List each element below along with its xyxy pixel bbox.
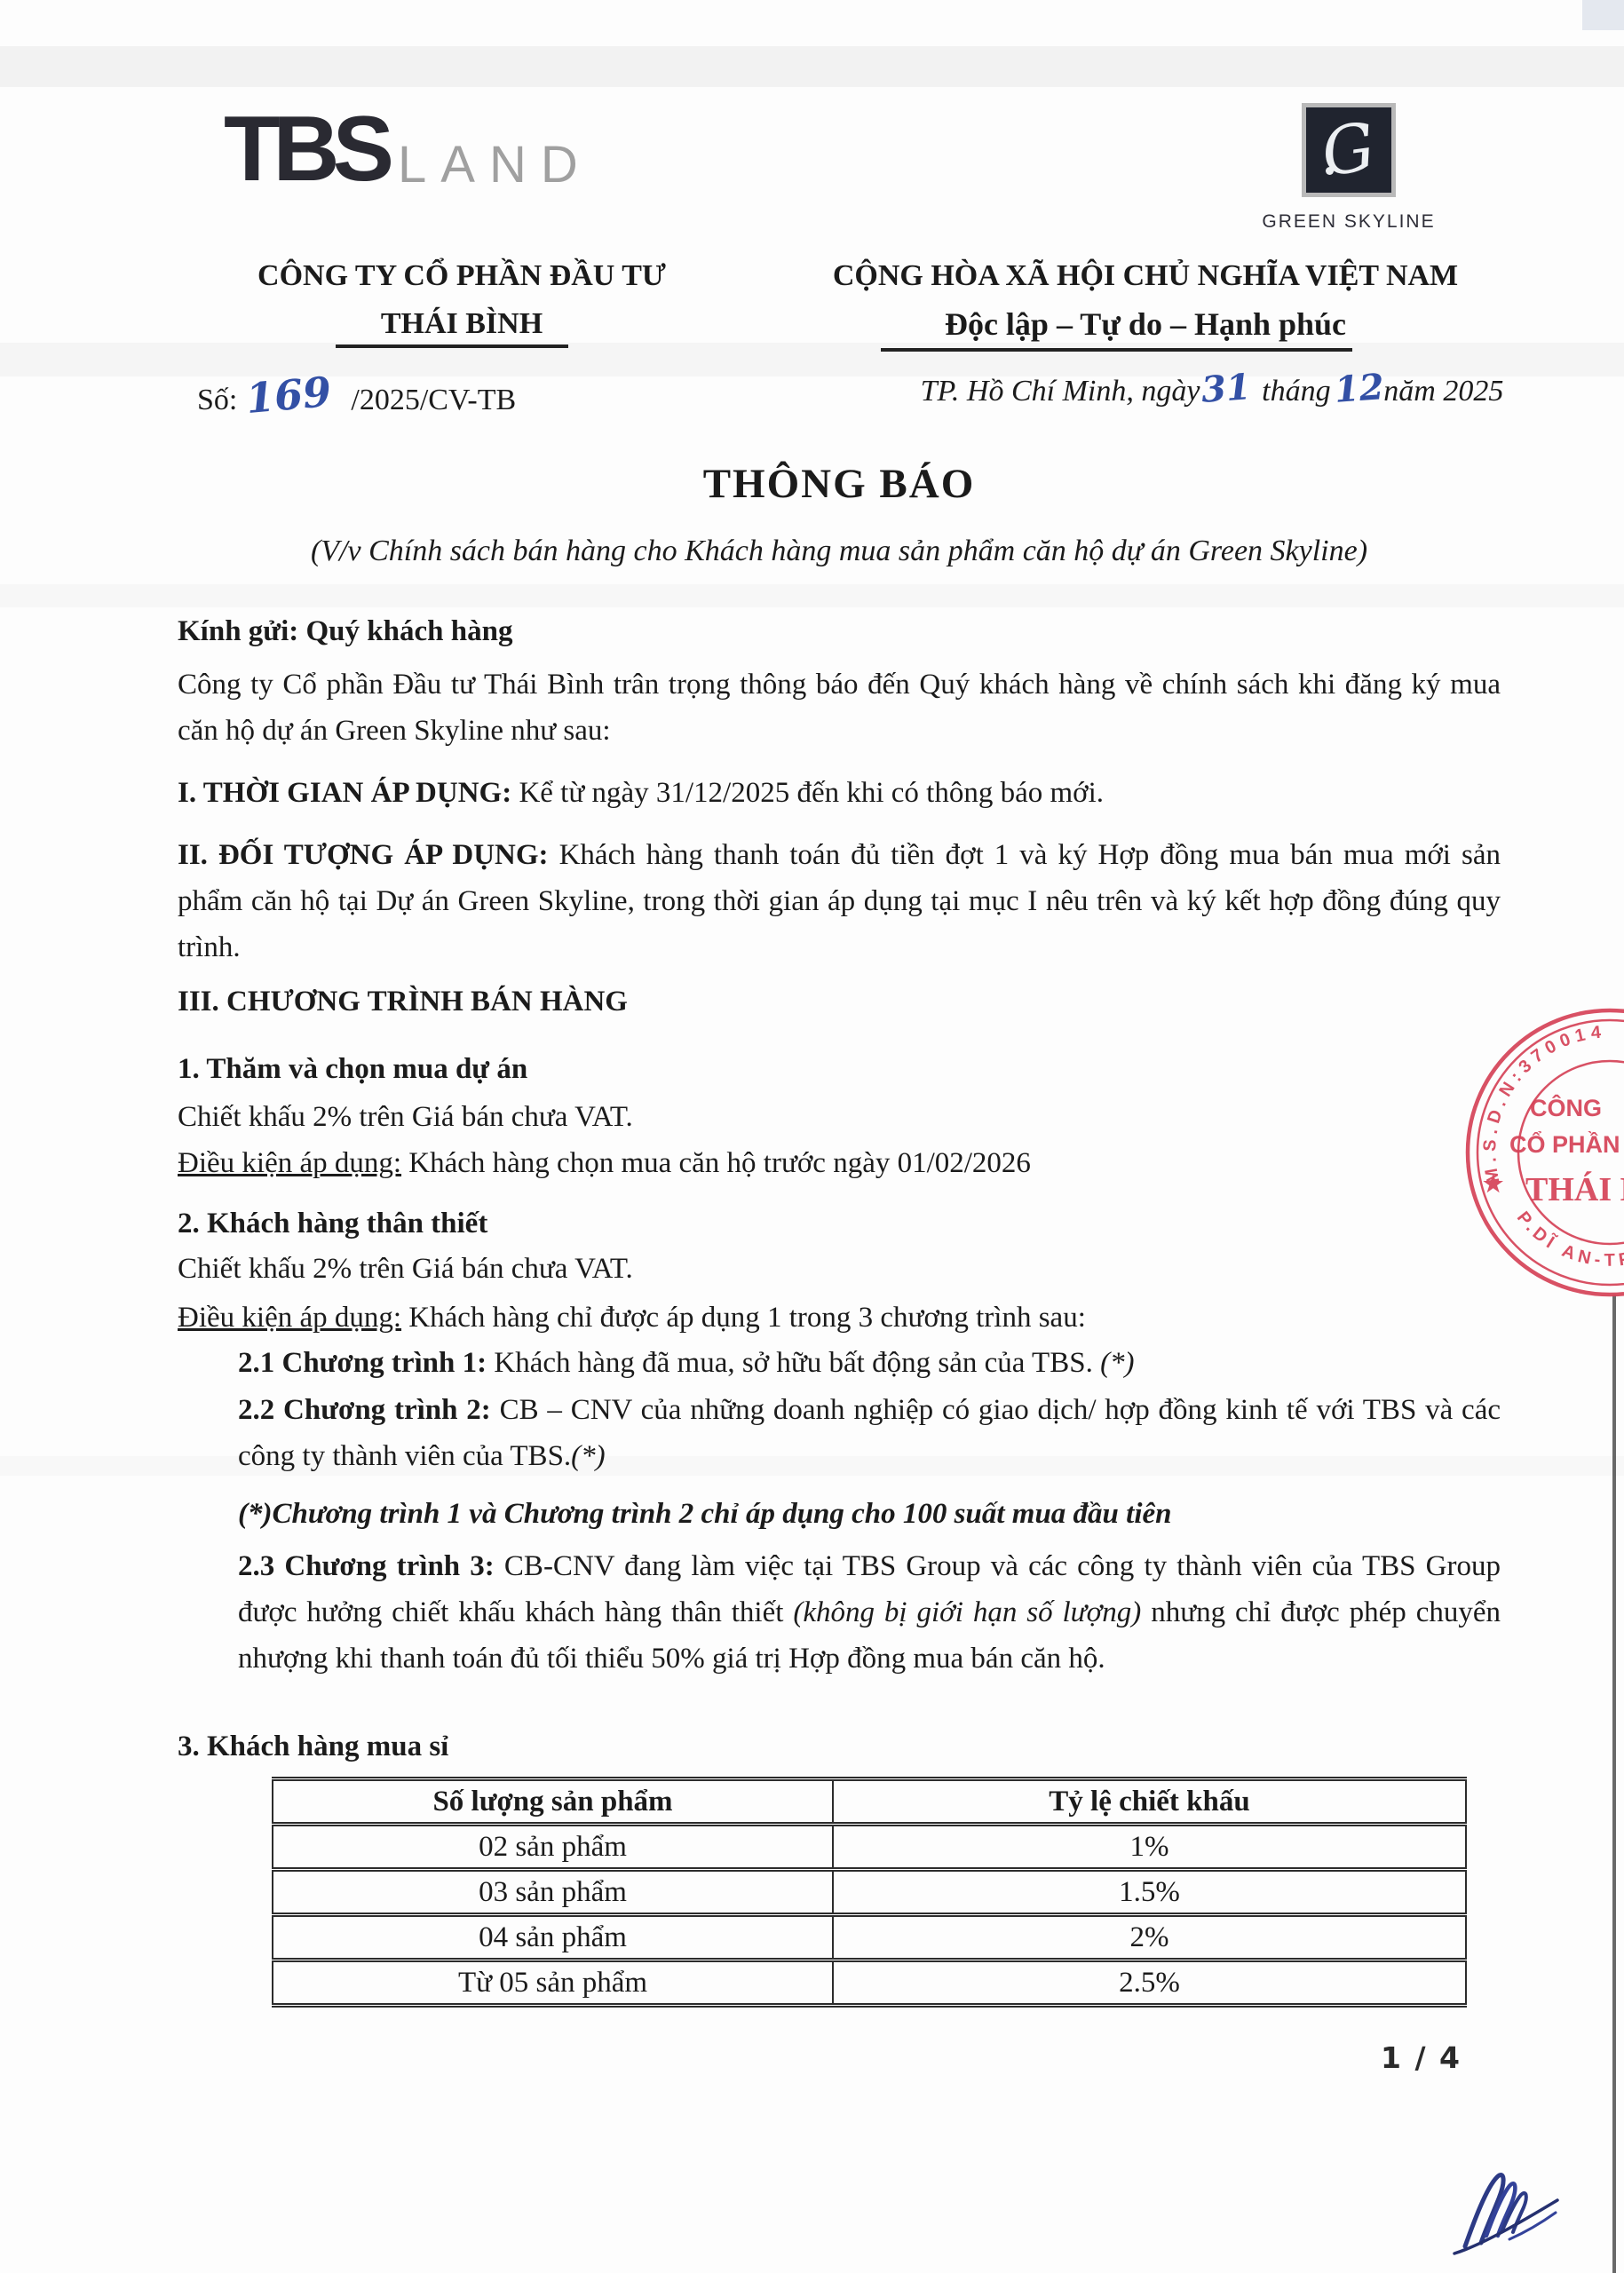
table-cell: 2% — [833, 1915, 1466, 1960]
document-number: Số: 169 /2025/CV-TB — [197, 371, 516, 419]
program-2-condition-text: Khách hàng chỉ được áp dụng 1 trong 3 ch… — [401, 1302, 1086, 1334]
document-number-handwritten: 169 — [244, 368, 333, 423]
page-number: 1 / 4 — [1381, 2040, 1462, 2075]
program-2-item-1: 2.1 Chương trình 1: Khách hàng đã mua, s… — [238, 1340, 1501, 1386]
item-2-2-label: 2.2 Chương trình 2: — [238, 1394, 491, 1426]
place-date-post: năm 2025 — [1383, 375, 1503, 408]
condition-label: Điều kiện áp dụng: — [178, 1302, 401, 1334]
item-2-1-label: 2.1 Chương trình 1: — [238, 1347, 487, 1379]
scan-band — [0, 584, 1624, 607]
program-3-heading: 3. Khách hàng mua sỉ — [178, 1723, 1501, 1770]
program-1-condition: Điều kiện áp dụng: Khách hàng chọn mua c… — [178, 1140, 1501, 1186]
stamp-line-1: CÔNG — [1530, 1094, 1602, 1121]
program-1-discount: Chiết khấu 2% trên Giá bán chưa VAT. — [178, 1094, 1501, 1140]
stamp-arc-bottom-text: P.DĨ AN-TP.HỒ — [1513, 1208, 1624, 1271]
table-cell: 1.5% — [833, 1870, 1466, 1915]
table-cell: 1% — [833, 1825, 1466, 1870]
green-skyline-monogram-dot — [1326, 167, 1334, 175]
company-name-line2: THÁI BÌNH — [178, 300, 746, 348]
handwritten-day: 31 — [1200, 366, 1253, 411]
table-cell: Từ 05 sản phẩm — [273, 1960, 833, 2006]
program-2-condition: Điều kiện áp dụng: Khách hàng chỉ được á… — [178, 1295, 1501, 1341]
stamp-line-3: THÁI B — [1525, 1171, 1624, 1208]
table-row: 04 sản phẩm2% — [273, 1915, 1466, 1960]
star-note: (*)Chương trình 1 và Chương trình 2 chỉ … — [238, 1491, 1501, 1537]
table-row: 03 sản phẩm1.5% — [273, 1870, 1466, 1915]
signature-icon — [1447, 2158, 1589, 2264]
intro-paragraph: Công ty Cổ phần Đầu tư Thái Bình trân tr… — [178, 661, 1501, 754]
program-2-item-2: 2.2 Chương trình 2: CB – CNV của những d… — [238, 1387, 1501, 1479]
scan-band — [0, 46, 1624, 87]
national-header-rule — [881, 348, 1352, 352]
stamp-line-2: CỔ PHẦN Đ — [1509, 1130, 1624, 1158]
table-cell: 2.5% — [833, 1960, 1466, 2006]
green-skyline-logo-label: GREEN SKYLINE — [1256, 211, 1442, 233]
table-header-quantity: Số lượng sản phẩm — [273, 1779, 833, 1825]
handwritten-month: 12 — [1333, 366, 1385, 411]
salutation: Kính gửi: Quý khách hàng — [178, 608, 1501, 654]
document-subtitle: (V/v Chính sách bán hàng cho Khách hàng … — [178, 535, 1501, 568]
document-number-suffix: /2025/CV-TB — [351, 384, 516, 417]
section-1-label: I. THỜI GIAN ÁP DỤNG: — [178, 777, 511, 809]
national-header: CỘNG HÒA XÃ HỘI CHỦ NGHĨA VIỆT NAM Độc l… — [746, 252, 1545, 348]
table-cell: 02 sản phẩm — [273, 1825, 833, 1870]
table-row: Từ 05 sản phẩm2.5% — [273, 1960, 1466, 2006]
company-stamp: M.S.D.N:370014 P.DĨ AN-TP.HỒ ★ CÔNG CỔ P… — [1456, 1003, 1624, 1310]
document-title: THÔNG BÁO — [178, 460, 1501, 508]
program-2-heading: 2. Khách hàng thân thiết — [178, 1200, 1501, 1247]
stamp-star-icon: ★ — [1483, 1170, 1504, 1197]
scan-edge-line — [1612, 1295, 1616, 2273]
table-cell: 03 sản phẩm — [273, 1870, 833, 1915]
place-date-pre: TP. Hồ Chí Minh, ngày — [921, 375, 1200, 408]
item-2-3-label: 2.3 Chương trình 3: — [238, 1550, 495, 1582]
item-2-1-text: Khách hàng đã mua, sở hữu bất động sản c… — [487, 1347, 1100, 1379]
place-date-line: TP. Hồ Chí Minh, ngày 31 tháng 12 năm 20… — [883, 368, 1541, 409]
tbsland-logo-primary: TBS — [224, 114, 387, 186]
company-header-rule — [336, 345, 568, 348]
program-1-condition-text: Khách hàng chọn mua căn hộ trước ngày 01… — [401, 1147, 1031, 1179]
program-1-heading: 1. Thăm và chọn mua dự án — [178, 1046, 1501, 1092]
section-1-text: Kể từ ngày 31/12/2025 đến khi có thông b… — [511, 777, 1104, 809]
section-1: I. THỜI GIAN ÁP DỤNG: Kể từ ngày 31/12/2… — [178, 770, 1501, 816]
green-skyline-monogram: G — [1319, 114, 1380, 186]
national-motto-line2: Độc lập – Tự do – Hạnh phúc — [746, 300, 1545, 348]
item-2-3-italic: (không bị giới hạn số lượng) — [793, 1596, 1141, 1628]
table-header-row: Số lượng sản phẩm Tỷ lệ chiết khấu — [273, 1779, 1466, 1825]
document-page: TBS LAND G GREEN SKYLINE CÔNG TY CỔ PHẦN… — [0, 0, 1624, 2273]
green-skyline-logo-icon: G — [1302, 103, 1396, 197]
company-header: CÔNG TY CỔ PHẦN ĐẦU TƯ THÁI BÌNH — [178, 252, 746, 348]
program-2-item-3: 2.3 Chương trình 3: CB-CNV đang làm việc… — [238, 1543, 1501, 1682]
scan-corner-artifact — [1582, 0, 1624, 30]
table-header-discount: Tỷ lệ chiết khấu — [833, 1779, 1466, 1825]
discount-table: Số lượng sản phẩm Tỷ lệ chiết khấu 02 sả… — [272, 1777, 1467, 2008]
tbsland-logo: TBS LAND — [224, 114, 592, 186]
table-cell: 04 sản phẩm — [273, 1915, 833, 1960]
place-date-mid: tháng — [1262, 375, 1330, 408]
company-name-line1: CÔNG TY CỔ PHẦN ĐẦU TƯ — [178, 252, 746, 300]
tbsland-logo-secondary: LAND — [398, 145, 592, 186]
item-2-2-note: (*) — [571, 1440, 605, 1472]
condition-label: Điều kiện áp dụng: — [178, 1147, 401, 1179]
section-2-label: II. ĐỐI TƯỢNG ÁP DỤNG: — [178, 839, 549, 871]
section-2: II. ĐỐI TƯỢNG ÁP DỤNG: Khách hàng thanh … — [178, 832, 1501, 970]
table-row: 02 sản phẩm1% — [273, 1825, 1466, 1870]
national-motto-line1: CỘNG HÒA XÃ HỘI CHỦ NGHĨA VIỆT NAM — [746, 252, 1545, 300]
document-number-prefix: Số: — [197, 384, 237, 417]
section-3-heading: III. CHƯƠNG TRÌNH BÁN HÀNG — [178, 978, 1501, 1025]
item-2-1-note: (*) — [1100, 1347, 1134, 1379]
program-2-discount: Chiết khấu 2% trên Giá bán chưa VAT. — [178, 1246, 1501, 1292]
